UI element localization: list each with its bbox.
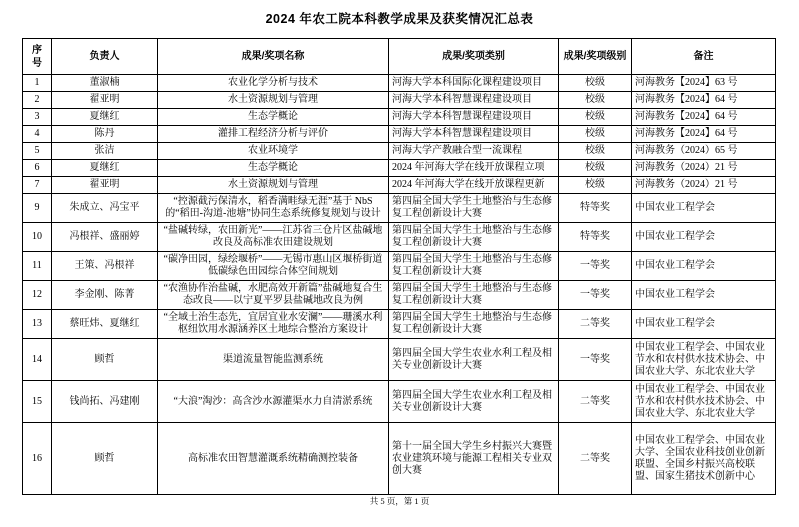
cell-remarks: 河海教务（2024）21 号	[632, 160, 776, 177]
cell-achievement-level: 校级	[559, 177, 632, 194]
cell-achievement-level: 二等奖	[559, 381, 632, 423]
cell-achievement-category: 第四届全国大学生土地整治与生态修复工程创新设计大赛	[389, 223, 559, 252]
cell-person: 翟亚明	[52, 92, 158, 109]
cell-achievement-category: 第十一届全国大学生乡村振兴大赛暨农业建筑环境与能源工程相关专业双创大赛	[389, 423, 559, 495]
cell-achievement-category: 第四届全国大学生农业水利工程及相关专业创新设计大赛	[389, 339, 559, 381]
table-row: 14 顾哲 渠道流量智能监测系统 第四届全国大学生农业水利工程及相关专业创新设计…	[23, 339, 776, 381]
cell-achievement-level: 特等奖	[559, 223, 632, 252]
cell-serial: 4	[23, 126, 52, 143]
cell-achievement-name: 水土资源规划与管理	[158, 177, 389, 194]
cell-person: 李金刚、陈菁	[52, 281, 158, 310]
cell-achievement-name: 农业环境学	[158, 143, 389, 160]
cell-achievement-name: “控源截污保清水，稻香满畦绿无涯”基于 NbS 的“稻田-沟道-池塘”协同生态系…	[158, 194, 389, 223]
cell-achievement-category: 河海大学产教融合型一流课程	[389, 143, 559, 160]
cell-serial: 7	[23, 177, 52, 194]
cell-remarks: 河海教务【2024】64 号	[632, 126, 776, 143]
cell-achievement-category: 第四届全国大学生土地整治与生态修复工程创新设计大赛	[389, 310, 559, 339]
cell-achievement-level: 校级	[559, 75, 632, 92]
cell-remarks: 河海教务（2024）65 号	[632, 143, 776, 160]
cell-achievement-name: 农业化学分析与技术	[158, 75, 389, 92]
cell-achievement-level: 校级	[559, 143, 632, 160]
cell-remarks: 中国农业工程学会	[632, 281, 776, 310]
table-row: 4 陈丹 灌排工程经济分析与评价 河海大学本科智慧课程建设项目 校级 河海教务【…	[23, 126, 776, 143]
cell-achievement-category: 河海大学本科智慧课程建设项目	[389, 92, 559, 109]
cell-serial: 6	[23, 160, 52, 177]
table-row: 5 张洁 农业环境学 河海大学产教融合型一流课程 校级 河海教务（2024）65…	[23, 143, 776, 160]
cell-achievement-category: 2024 年河海大学在线开放课程更新	[389, 177, 559, 194]
cell-achievement-name: 水土资源规划与管理	[158, 92, 389, 109]
table-row: 10 冯根祥、盛丽婷 “盐碱转绿，农田新光”——江苏省三仓片区盐碱地改良及高标准…	[23, 223, 776, 252]
cell-remarks: 河海教务【2024】63 号	[632, 75, 776, 92]
cell-achievement-category: 河海大学本科国际化课程建设项目	[389, 75, 559, 92]
table-header: 序号 负责人 成果/奖项名称 成果/奖项类别 成果/奖项级别 备注	[23, 39, 776, 75]
cell-serial: 14	[23, 339, 52, 381]
cell-person: 夏继红	[52, 160, 158, 177]
cell-person: 陈丹	[52, 126, 158, 143]
cell-achievement-category: 第四届全国大学生农业水利工程及相关专业创新设计大赛	[389, 381, 559, 423]
cell-person: 蔡旺炜、夏继红	[52, 310, 158, 339]
col-header-achievement-category: 成果/奖项类别	[389, 39, 559, 75]
cell-achievement-category: 河海大学本科智慧课程建设项目	[389, 126, 559, 143]
cell-serial: 2	[23, 92, 52, 109]
cell-remarks: 中国农业工程学会	[632, 310, 776, 339]
cell-person: 王策、冯根祥	[52, 252, 158, 281]
cell-achievement-category: 第四届全国大学生土地整治与生态修复工程创新设计大赛	[389, 194, 559, 223]
cell-remarks: 河海教务（2024）21 号	[632, 177, 776, 194]
cell-serial: 16	[23, 423, 52, 495]
table-row: 6 夏继红 生态学概论 2024 年河海大学在线开放课程立项 校级 河海教务（2…	[23, 160, 776, 177]
cell-person: 冯根祥、盛丽婷	[52, 223, 158, 252]
cell-person: 翟亚明	[52, 177, 158, 194]
cell-achievement-level: 特等奖	[559, 194, 632, 223]
table-row: 1 董淑楠 农业化学分析与技术 河海大学本科国际化课程建设项目 校级 河海教务【…	[23, 75, 776, 92]
cell-person: 钱尚拓、冯建刚	[52, 381, 158, 423]
header-row: 序号 负责人 成果/奖项名称 成果/奖项类别 成果/奖项级别 备注	[23, 39, 776, 75]
table-row: 16 顾哲 高标准农田智慧灌溉系统精确测控装备 第十一届全国大学生乡村振兴大赛暨…	[23, 423, 776, 495]
cell-achievement-category: 2024 年河海大学在线开放课程立项	[389, 160, 559, 177]
cell-achievement-name: 灌排工程经济分析与评价	[158, 126, 389, 143]
table-row: 2 翟亚明 水土资源规划与管理 河海大学本科智慧课程建设项目 校级 河海教务【2…	[23, 92, 776, 109]
cell-serial: 15	[23, 381, 52, 423]
cell-achievement-name: “盐碱转绿，农田新光”——江苏省三仓片区盐碱地改良及高标准农田建设规划	[158, 223, 389, 252]
cell-person: 夏继红	[52, 109, 158, 126]
cell-serial: 12	[23, 281, 52, 310]
cell-person: 朱成立、冯宝平	[52, 194, 158, 223]
page-footer: 共 5 页，第 1 页	[0, 495, 799, 507]
col-header-achievement-name: 成果/奖项名称	[158, 39, 389, 75]
table-row: 15 钱尚拓、冯建刚 “大浪”淘沙：高含沙水源灌渠水力自清淤系统 第四届全国大学…	[23, 381, 776, 423]
cell-achievement-name: 高标准农田智慧灌溉系统精确测控装备	[158, 423, 389, 495]
table-body: 1 董淑楠 农业化学分析与技术 河海大学本科国际化课程建设项目 校级 河海教务【…	[23, 75, 776, 495]
cell-achievement-category: 第四届全国大学生土地整治与生态修复工程创新设计大赛	[389, 281, 559, 310]
cell-remarks: 中国农业工程学会、中国农业大学、全国农业科技创业创新联盟、全国乡村振兴高校联盟、…	[632, 423, 776, 495]
cell-achievement-level: 一等奖	[559, 252, 632, 281]
col-header-achievement-level: 成果/奖项级别	[559, 39, 632, 75]
cell-person: 张洁	[52, 143, 158, 160]
cell-remarks: 中国农业工程学会、中国农业节水和农村供水技术协会、中国农业大学、东北农业大学	[632, 339, 776, 381]
col-header-remarks: 备注	[632, 39, 776, 75]
cell-achievement-level: 一等奖	[559, 281, 632, 310]
cell-achievement-name: 生态学概论	[158, 160, 389, 177]
cell-serial: 13	[23, 310, 52, 339]
cell-achievement-level: 校级	[559, 126, 632, 143]
table-row: 13 蔡旺炜、夏继红 “全域土治生态先，宜居宜业水安澜”——珊溪水利枢纽饮用水源…	[23, 310, 776, 339]
cell-achievement-level: 校级	[559, 109, 632, 126]
cell-serial: 9	[23, 194, 52, 223]
cell-achievement-level: 一等奖	[559, 339, 632, 381]
table-row: 7 翟亚明 水土资源规划与管理 2024 年河海大学在线开放课程更新 校级 河海…	[23, 177, 776, 194]
cell-achievement-name: 生态学概论	[158, 109, 389, 126]
summary-table: 序号 负责人 成果/奖项名称 成果/奖项类别 成果/奖项级别 备注 1 董淑楠 …	[22, 38, 776, 495]
table-row: 12 李金刚、陈菁 “农渔协作治盐碱，水肥高效开新篇”盐碱地复合生态改良——以宁…	[23, 281, 776, 310]
cell-achievement-level: 二等奖	[559, 423, 632, 495]
page-title: 2024 年农工院本科教学成果及获奖情况汇总表	[0, 9, 799, 27]
cell-serial: 1	[23, 75, 52, 92]
cell-achievement-level: 二等奖	[559, 310, 632, 339]
cell-achievement-category: 河海大学本科智慧课程建设项目	[389, 109, 559, 126]
cell-serial: 5	[23, 143, 52, 160]
cell-achievement-category: 第四届全国大学生土地整治与生态修复工程创新设计大赛	[389, 252, 559, 281]
cell-achievement-name: “大浪”淘沙：高含沙水源灌渠水力自清淤系统	[158, 381, 389, 423]
col-header-serial-label: 序号	[32, 44, 42, 70]
cell-remarks: 河海教务【2024】64 号	[632, 109, 776, 126]
cell-person: 董淑楠	[52, 75, 158, 92]
cell-achievement-level: 校级	[559, 160, 632, 177]
col-header-serial: 序号	[23, 39, 52, 75]
cell-person: 顾哲	[52, 339, 158, 381]
cell-remarks: 中国农业工程学会、中国农业节水和农村供水技术协会、中国农业大学、东北农业大学	[632, 381, 776, 423]
cell-serial: 11	[23, 252, 52, 281]
cell-achievement-name: “农渔协作治盐碱，水肥高效开新篇”盐碱地复合生态改良——以宁夏平罗县盐碱地改良为…	[158, 281, 389, 310]
cell-achievement-name: “碳净田园，绿绘堰桥”——无锡市惠山区堰桥街道低碳绿色田园综合体空间规划	[158, 252, 389, 281]
col-header-person: 负责人	[52, 39, 158, 75]
cell-remarks: 中国农业工程学会	[632, 223, 776, 252]
table-row: 3 夏继红 生态学概论 河海大学本科智慧课程建设项目 校级 河海教务【2024】…	[23, 109, 776, 126]
cell-achievement-level: 校级	[559, 92, 632, 109]
cell-remarks: 中国农业工程学会	[632, 252, 776, 281]
table-row: 9 朱成立、冯宝平 “控源截污保清水，稻香满畦绿无涯”基于 NbS 的“稻田-沟…	[23, 194, 776, 223]
cell-remarks: 中国农业工程学会	[632, 194, 776, 223]
cell-achievement-name: “全域土治生态先，宜居宜业水安澜”——珊溪水利枢纽饮用水源涵养区土地综合整治方案…	[158, 310, 389, 339]
cell-person: 顾哲	[52, 423, 158, 495]
table-row: 11 王策、冯根祥 “碳净田园，绿绘堰桥”——无锡市惠山区堰桥街道低碳绿色田园综…	[23, 252, 776, 281]
cell-achievement-name: 渠道流量智能监测系统	[158, 339, 389, 381]
cell-serial: 10	[23, 223, 52, 252]
cell-serial: 3	[23, 109, 52, 126]
cell-remarks: 河海教务【2024】64 号	[632, 92, 776, 109]
